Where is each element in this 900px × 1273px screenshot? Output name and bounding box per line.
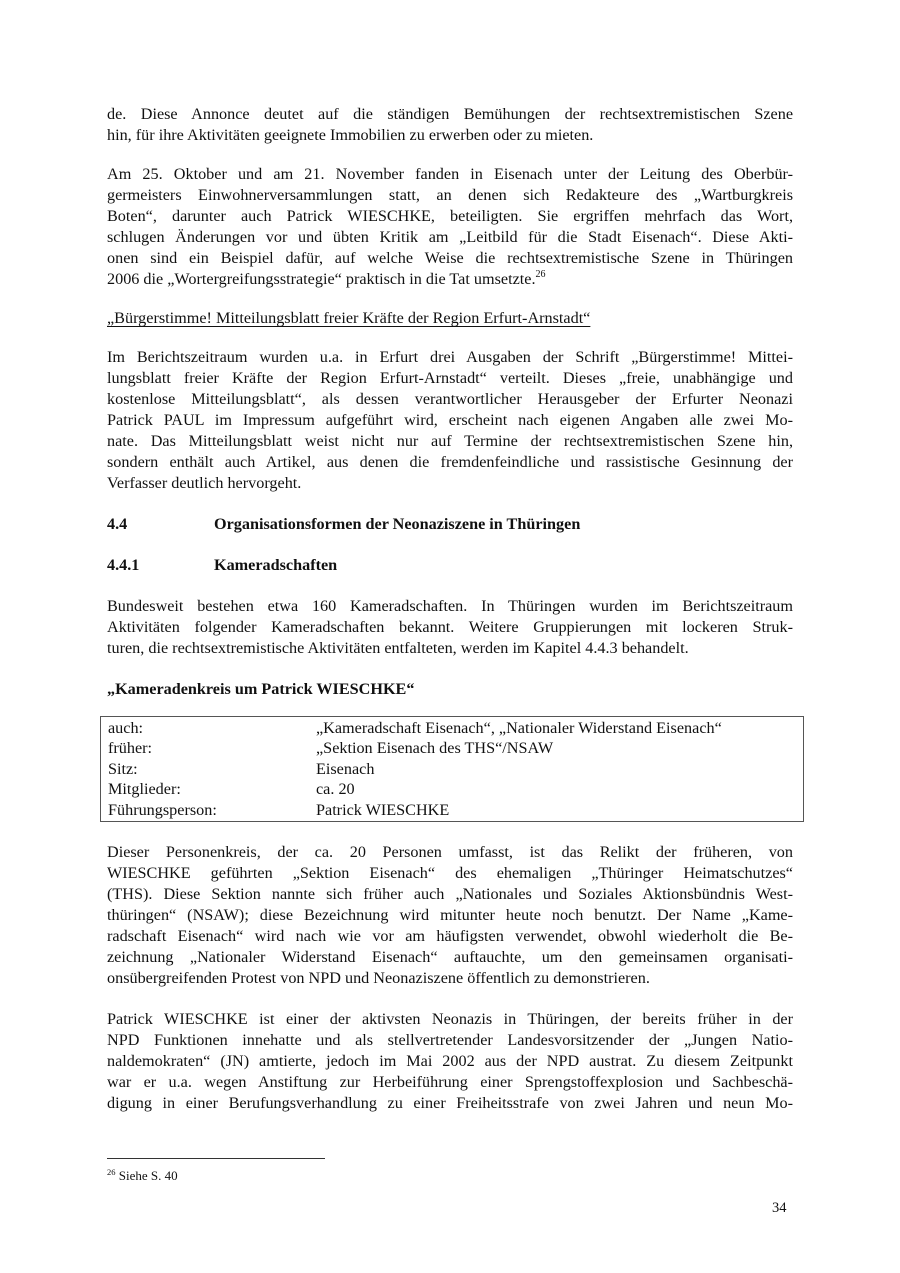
table-value: „Kameradschaft Eisenach“, „Nationaler Wi… bbox=[316, 718, 803, 738]
table-key: früher: bbox=[101, 738, 316, 758]
text-line: germeisters Einwohnerversammlungen statt… bbox=[107, 185, 793, 206]
text-line: nate. Das Mitteilungsblatt weist nicht n… bbox=[107, 431, 793, 452]
subheading-buergerstimme: „Bürgerstimme! Mitteilungsblatt freier K… bbox=[107, 308, 793, 329]
text-line: war er u.a. wegen Anstiftung zur Herbeif… bbox=[107, 1072, 793, 1093]
text-line: Verfasser deutlich hervorgeht. bbox=[107, 473, 793, 494]
text-line: WIESCHKE geführten „Sektion Eisenach“ de… bbox=[107, 863, 793, 884]
text-line: digung in einer Berufungsverhandlung zu … bbox=[107, 1093, 793, 1114]
text-line: kostenlose Mitteilungsblatt“, als dessen… bbox=[107, 389, 793, 410]
table-value: Eisenach bbox=[316, 759, 803, 779]
table-value: „Sektion Eisenach des THS“/NSAW bbox=[316, 738, 803, 758]
text-line: Patrick WIESCHKE ist einer der aktivsten… bbox=[107, 1009, 793, 1030]
table-row: Mitglieder: ca. 20 bbox=[101, 779, 803, 799]
text-line: onsübergreifenden Protest von NPD und Ne… bbox=[107, 968, 793, 989]
text-line: turen, die rechtsextremistische Aktivitä… bbox=[107, 638, 793, 659]
section-number: 4.4.1 bbox=[107, 555, 214, 576]
text-line: (THS). Diese Sektion nannte sich früher … bbox=[107, 884, 793, 905]
text-line: thüringen“ (NSAW); diese Bezeichnung wir… bbox=[107, 905, 793, 926]
text-line: NPD Funktionen innehatte und als stellve… bbox=[107, 1030, 793, 1051]
paragraph-annonce: de. Diese Annonce deutet auf die ständig… bbox=[107, 104, 793, 146]
table-value: ca. 20 bbox=[316, 779, 803, 799]
text-line: sondern enthält auch Artikel, aus denen … bbox=[107, 452, 793, 473]
text-line: Dieser Personenkreis, der ca. 20 Persone… bbox=[107, 842, 793, 863]
text-line: Im Berichtszeitraum wurden u.a. in Erfur… bbox=[107, 347, 793, 368]
paragraph-wieschke: Patrick WIESCHKE ist einer der aktivsten… bbox=[107, 1009, 793, 1114]
text-line: onen sind ein Beispiel dafür, auf welche… bbox=[107, 248, 793, 269]
text-line: zeichnung „Nationaler Widerstand Eisenac… bbox=[107, 947, 793, 968]
footnote-separator bbox=[107, 1158, 325, 1159]
document-page: de. Diese Annonce deutet auf die ständig… bbox=[107, 104, 793, 1114]
text-line: Aktivitäten folgender Kameradschaften be… bbox=[107, 617, 793, 638]
footnote-text: Siehe S. 40 bbox=[119, 1168, 178, 1183]
table-key: Führungsperson: bbox=[101, 800, 316, 820]
table-key: auch: bbox=[101, 718, 316, 738]
text-line-with-footnote: 2006 die „Wortergreifungsstrategie“ prak… bbox=[107, 269, 793, 290]
table-row: früher: „Sektion Eisenach des THS“/NSAW bbox=[101, 738, 803, 758]
table-key: Sitz: bbox=[101, 759, 316, 779]
section-heading-4-4: 4.4 Organisationsformen der Neonaziszene… bbox=[107, 514, 793, 535]
section-heading-4-4-1: 4.4.1 Kameradschaften bbox=[107, 555, 793, 576]
info-table: auch: „Kameradschaft Eisenach“, „Nationa… bbox=[100, 716, 804, 822]
page-number: 34 bbox=[772, 1200, 787, 1217]
table-row: Sitz: Eisenach bbox=[101, 759, 803, 779]
text-line: schlugen Änderungen vor und übten Kritik… bbox=[107, 227, 793, 248]
text-line: lungsblatt freier Kräfte der Region Erfu… bbox=[107, 368, 793, 389]
footnote: 26 Siehe S. 40 bbox=[107, 1167, 178, 1184]
paragraph-kameradschaften: Bundesweit bestehen etwa 160 Kameradscha… bbox=[107, 596, 793, 659]
text-line: naldemokraten“ (JN) amtierte, jedoch im … bbox=[107, 1051, 793, 1072]
paragraph-einwohnerversammlungen: Am 25. Oktober und am 21. November fande… bbox=[107, 164, 793, 290]
table-row: auch: „Kameradschaft Eisenach“, „Nationa… bbox=[101, 718, 803, 738]
text-line: Boten“, darunter auch Patrick WIESCHKE, … bbox=[107, 206, 793, 227]
table-row: Führungsperson: Patrick WIESCHKE bbox=[101, 800, 803, 820]
text-line: Am 25. Oktober und am 21. November fande… bbox=[107, 164, 793, 185]
subheading-kameradenkreis: „Kameradenkreis um Patrick WIESCHKE“ bbox=[107, 679, 793, 700]
section-title: Organisationsformen der Neonaziszene in … bbox=[214, 514, 580, 535]
text-line: Bundesweit bestehen etwa 160 Kameradscha… bbox=[107, 596, 793, 617]
text-line: hin, für ihre Aktivitäten geeignete Immo… bbox=[107, 125, 793, 146]
footnote-number: 26 bbox=[107, 1167, 116, 1177]
text-line: de. Diese Annonce deutet auf die ständig… bbox=[107, 104, 793, 125]
paragraph-personenkreis: Dieser Personenkreis, der ca. 20 Persone… bbox=[107, 842, 793, 989]
footnote-reference[interactable]: 26 bbox=[536, 269, 546, 280]
section-title: Kameradschaften bbox=[214, 555, 337, 576]
table-value: Patrick WIESCHKE bbox=[316, 800, 803, 820]
section-number: 4.4 bbox=[107, 514, 214, 535]
text-line: radschaft Eisenach“ wird nach wie vor am… bbox=[107, 926, 793, 947]
text-line: Patrick PAUL im Impressum aufgeführt wir… bbox=[107, 410, 793, 431]
text-line: 2006 die „Wortergreifungsstrategie“ prak… bbox=[107, 270, 536, 288]
paragraph-buergerstimme: Im Berichtszeitraum wurden u.a. in Erfur… bbox=[107, 347, 793, 494]
table-key: Mitglieder: bbox=[101, 779, 316, 799]
